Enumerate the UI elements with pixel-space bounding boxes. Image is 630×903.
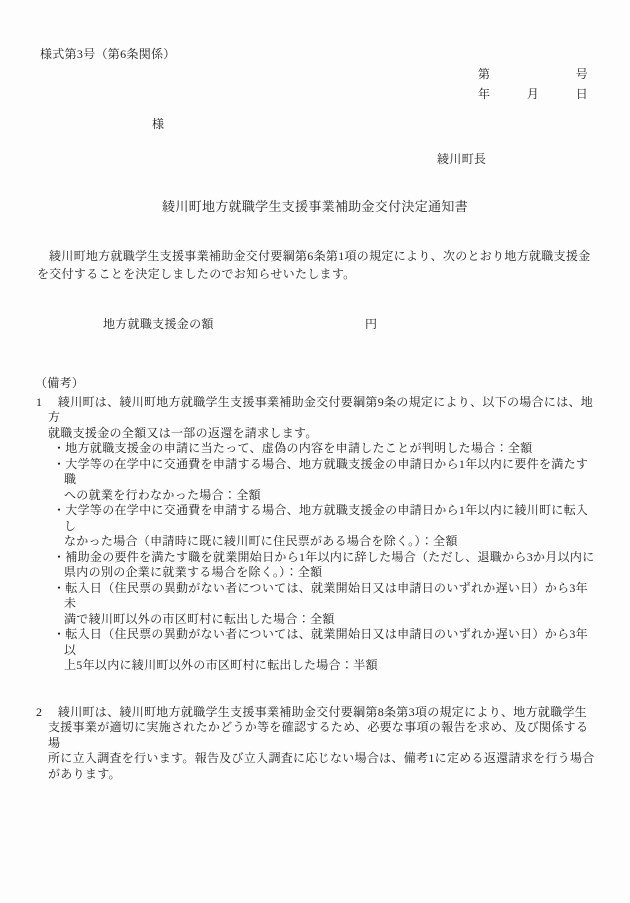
note-bullet-1: ・地方就職支援金の申請に当たって、虚偽の内容を申請したことが判明した場合：全額: [35, 441, 600, 457]
note-item-1: 1 綾川町は、綾川町地方就職学生支援事業補助金交付要綱第9条の規定により、以下の…: [35, 395, 600, 442]
note-bullet-6: ・転入日（住民票の異動がない者については、就業開始日又は申請日のいずれか遅い日）…: [35, 627, 600, 674]
note-bullet-2: ・大学等の在学中に交通費を申請する場合、地方就職支援金の申請日から1年以内に要件…: [35, 457, 600, 504]
doc-number-prefix: 第: [478, 66, 490, 82]
month-label: 月: [527, 86, 539, 102]
notes-section: （備考） 1 綾川町は、綾川町地方就職学生支援事業補助金交付要綱第9条の規定によ…: [35, 376, 600, 782]
amount-unit: 円: [365, 316, 377, 332]
note-bullet-4: ・補助金の要件を満たす職を就業開始日から1年以内に辞した場合（ただし、退職から3…: [35, 550, 600, 581]
addressee-honorific: 様: [152, 116, 164, 132]
year-label: 年: [478, 86, 490, 102]
sender-title: 綾川町長: [437, 151, 486, 167]
date-line: 年 月 日: [478, 86, 588, 102]
note-bullet-5: ・転入日（住民票の異動がない者については、就業開始日又は申請日のいずれか遅い日）…: [35, 581, 600, 628]
document-page: 様式第3号（第6条関係） 第 号 年 月 日 様 綾川町長 綾川町地方就職学生支…: [0, 0, 630, 903]
body-paragraph: 綾川町地方就職学生支援事業補助金交付要綱第6条第1項の規定により、次のとおり地方…: [37, 247, 597, 283]
document-title: 綾川町地方就職学生支援事業補助金交付決定通知書: [0, 198, 630, 216]
form-label: 様式第3号（第6条関係）: [40, 46, 176, 62]
day-label: 日: [576, 86, 588, 102]
doc-number-line: 第 号: [478, 66, 588, 82]
amount-label: 地方就職支援金の額: [103, 316, 214, 332]
doc-number-suffix: 号: [576, 66, 588, 82]
note-item-2: 2 綾川町は、綾川町地方就職学生支援事業補助金交付要綱第8条第3項の規定により、…: [35, 705, 600, 783]
notes-heading: （備考）: [35, 376, 600, 392]
note-bullet-3: ・大学等の在学中に交通費を申請する場合、地方就職支援金の申請日から1年以内に綾川…: [35, 503, 600, 550]
